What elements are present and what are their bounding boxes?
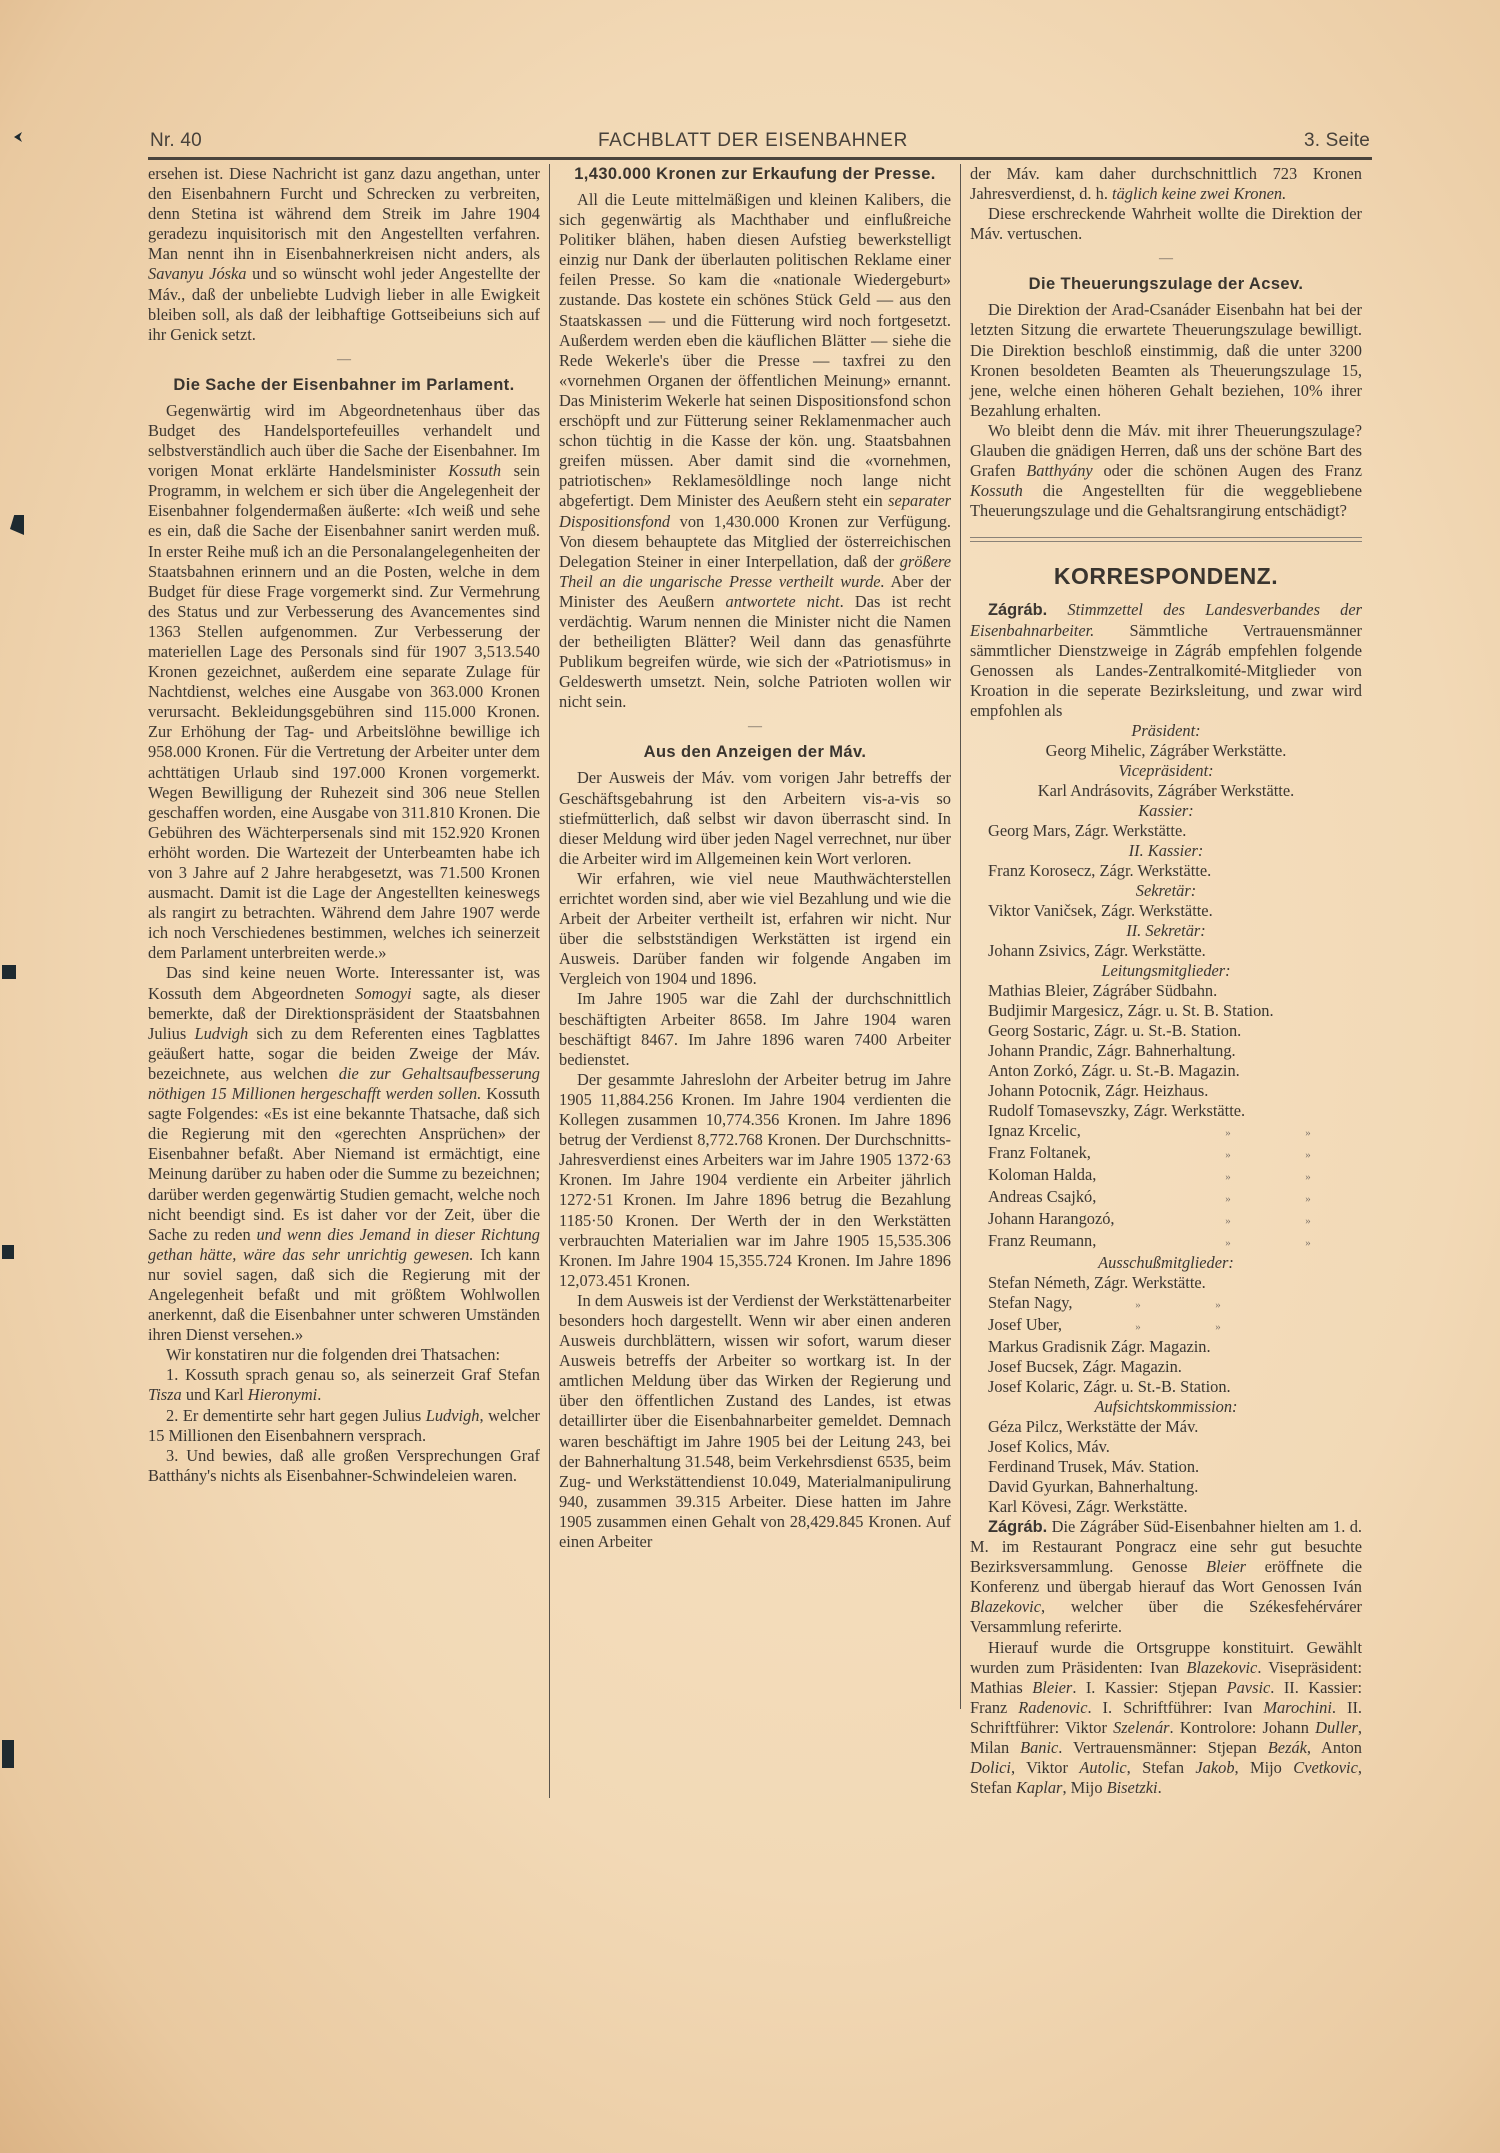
ditto-mark: » (1188, 1167, 1268, 1187)
member-entry: Budjimir Margesicz, Zágr. u. St. B. Stat… (970, 1001, 1362, 1021)
paragraph: der Máv. kam daher durchschnittlich 723 … (970, 164, 1362, 204)
paragraph: In dem Ausweis ist der Verdienst der Wer… (559, 1291, 951, 1552)
member-entry: Franz Korosecz, Zágr. Werkstätte. (970, 861, 1362, 881)
member-entry: Josef Kolics, Máv. (970, 1437, 1362, 1457)
paragraph: Zágráb. Stimmzettel des Landesverbandes … (970, 600, 1362, 721)
member-entry: Johann Harangozó,»» (970, 1209, 1362, 1231)
member-entry: Stefan Nagy,»» (970, 1293, 1362, 1315)
paragraph: Gegenwärtig wird im Abgeordnetenhaus übe… (148, 401, 540, 964)
column-3: der Máv. kam daher durchschnittlich 723 … (961, 164, 1362, 1798)
member-entry: Josef Kolaric, Zágr. u. St.-B. Station. (970, 1377, 1362, 1397)
newspaper-page: Nr. 40 FACHBLATT DER EISENBAHNER 3. Seit… (148, 130, 1372, 1798)
member-entry: Anton Zorkó, Zágr. u. St.-B. Magazin. (970, 1061, 1362, 1081)
role-title: Präsident: (970, 721, 1362, 741)
ditto-mark: » (1268, 1211, 1348, 1231)
list-item: 1. Kossuth sprach genau so, als seinerze… (148, 1365, 540, 1405)
paragraph: ersehen ist. Diese Nachricht ist ganz da… (148, 164, 540, 345)
member-entry: Ignaz Krcelic,»» (970, 1121, 1362, 1143)
ditto-mark: » (1268, 1189, 1348, 1209)
role-title: Sekretär: (970, 881, 1362, 901)
member-entry: Josef Uber,»» (970, 1315, 1362, 1337)
paragraph: Der Ausweis der Máv. vom vorigen Jahr be… (559, 768, 951, 868)
member-entry: Johann Potocnik, Zágr. Heizhaus. (970, 1081, 1362, 1101)
member-entry: Franz Reumann,»» (970, 1231, 1362, 1253)
ditto-mark: » (1188, 1123, 1268, 1143)
scan-mark (2, 965, 16, 979)
member-entry: Josef Bucsek, Zágr. Magazin. (970, 1357, 1362, 1377)
role-title: Kassier: (970, 801, 1362, 821)
article-heading: Die Sache der Eisenbahner im Parlament. (148, 375, 540, 395)
member-entry: Johann Zsivics, Zágr. Werkstätte. (970, 941, 1362, 961)
paragraph: Der gesammte Jahreslohn der Arbeiter bet… (559, 1070, 951, 1291)
publication-title: FACHBLATT DER EISENBAHNER (598, 130, 908, 152)
article-heading: 1,430.000 Kronen zur Erkaufung der Press… (559, 164, 951, 184)
ditto-mark: » (1188, 1211, 1268, 1231)
role-title: II. Kassier: (970, 841, 1362, 861)
member-entry: Johann Prandic, Zágr. Bahnerhaltung. (970, 1041, 1362, 1061)
ditto-mark: » (1178, 1295, 1258, 1315)
role-title: II. Sekretär: (970, 921, 1362, 941)
role-title: Aufsichtskommission: (970, 1397, 1362, 1417)
ditto-mark: » (1268, 1145, 1348, 1165)
member-entry: Mathias Bleier, Zágráber Südbahn. (970, 981, 1362, 1001)
member-entry: Georg Mars, Zágr. Werkstätte. (970, 821, 1362, 841)
ditto-mark: » (1188, 1189, 1268, 1209)
paragraph: Wo bleibt denn die Máv. mit ihrer Theuer… (970, 421, 1362, 521)
ditto-mark: » (1188, 1145, 1268, 1165)
paragraph: Wir erfahren, wie viel neue Mauthwächter… (559, 869, 951, 990)
member-entry: Andreas Csajkó,»» (970, 1187, 1362, 1209)
page-header: Nr. 40 FACHBLATT DER EISENBAHNER 3. Seit… (148, 130, 1372, 160)
article-heading: Die Theuerungszulage der Acsev. (970, 274, 1362, 294)
column-1: ersehen ist. Diese Nachricht ist ganz da… (148, 164, 550, 1798)
paragraph: Zágráb. Die Zágráber Süd-Eisenbahner hie… (970, 1517, 1362, 1638)
ditto-mark: » (1268, 1233, 1348, 1253)
ditto-mark: » (1098, 1295, 1178, 1315)
section-divider: — (970, 252, 1362, 266)
role-title: Ausschußmitglieder: (970, 1253, 1362, 1273)
page-number: 3. Seite (1304, 130, 1370, 152)
columns: ersehen ist. Diese Nachricht ist ganz da… (148, 164, 1372, 1798)
paragraph: Diese erschreckende Wahrheit wollte die … (970, 204, 1362, 244)
ditto-mark: » (1188, 1233, 1268, 1253)
paragraph: Die Direktion der Arad-Csanáder Eisenbah… (970, 300, 1362, 421)
paragraph: Wir konstatiren nur die folgenden drei T… (148, 1345, 540, 1365)
member-entry: Georg Sostaric, Zágr. u. St.-B. Station. (970, 1021, 1362, 1041)
article-heading: Aus den Anzeigen der Máv. (559, 742, 951, 762)
member-entry: Karl Andrásovits, Zágráber Werkstätte. (970, 781, 1362, 801)
member-entry: Stefan Németh, Zágr. Werkstätte. (970, 1273, 1362, 1293)
member-entry: Markus Gradisnik Zágr. Magazin. (970, 1337, 1362, 1357)
ditto-mark: » (1178, 1317, 1258, 1337)
member-entry: Franz Foltanek,»» (970, 1143, 1362, 1165)
section-divider: — (559, 720, 951, 734)
member-entry: Georg Mihelic, Zágráber Werkstätte. (970, 741, 1362, 761)
role-title: Leitungsmitglieder: (970, 961, 1362, 981)
member-entry: Rudolf Tomasevszky, Zágr. Werkstätte. (970, 1101, 1362, 1121)
member-entry: Karl Kövesi, Zágr. Werkstätte. (970, 1497, 1362, 1517)
scan-mark (10, 515, 24, 535)
ditto-mark: » (1268, 1123, 1348, 1143)
scan-mark (14, 132, 22, 142)
paragraph: All die Leute mittelmäßigen und kleinen … (559, 190, 951, 712)
list-item: 2. Er dementirte sehr hart gegen Julius … (148, 1406, 540, 1446)
double-rule-divider (970, 537, 1362, 542)
column-2: 1,430.000 Kronen zur Erkaufung der Press… (550, 164, 961, 1709)
role-title: Vicepräsident: (970, 761, 1362, 781)
paragraph: Hierauf wurde die Ortsgruppe konstituirt… (970, 1638, 1362, 1799)
member-entry: Koloman Halda,»» (970, 1165, 1362, 1187)
member-entry: David Gyurkan, Bahnerhaltung. (970, 1477, 1362, 1497)
paragraph: Im Jahre 1905 war die Zahl der durchschn… (559, 989, 951, 1069)
section-heading-korrespondenz: KORRESPONDENZ. (970, 562, 1362, 590)
ditto-mark: » (1268, 1167, 1348, 1187)
member-entry: Ferdinand Trusek, Máv. Station. (970, 1457, 1362, 1477)
scan-mark (2, 1245, 14, 1259)
section-divider: — (148, 353, 540, 367)
member-entry: Viktor Vaničsek, Zágr. Werkstätte. (970, 901, 1362, 921)
list-item: 3. Und bewies, daß alle großen Versprech… (148, 1446, 540, 1486)
paragraph: Das sind keine neuen Worte. Interessante… (148, 963, 540, 1345)
member-entry: Géza Pilcz, Werkstätte der Máv. (970, 1417, 1362, 1437)
ditto-mark: » (1098, 1317, 1178, 1337)
scan-mark (2, 1740, 14, 1768)
issue-number: Nr. 40 (150, 130, 202, 152)
